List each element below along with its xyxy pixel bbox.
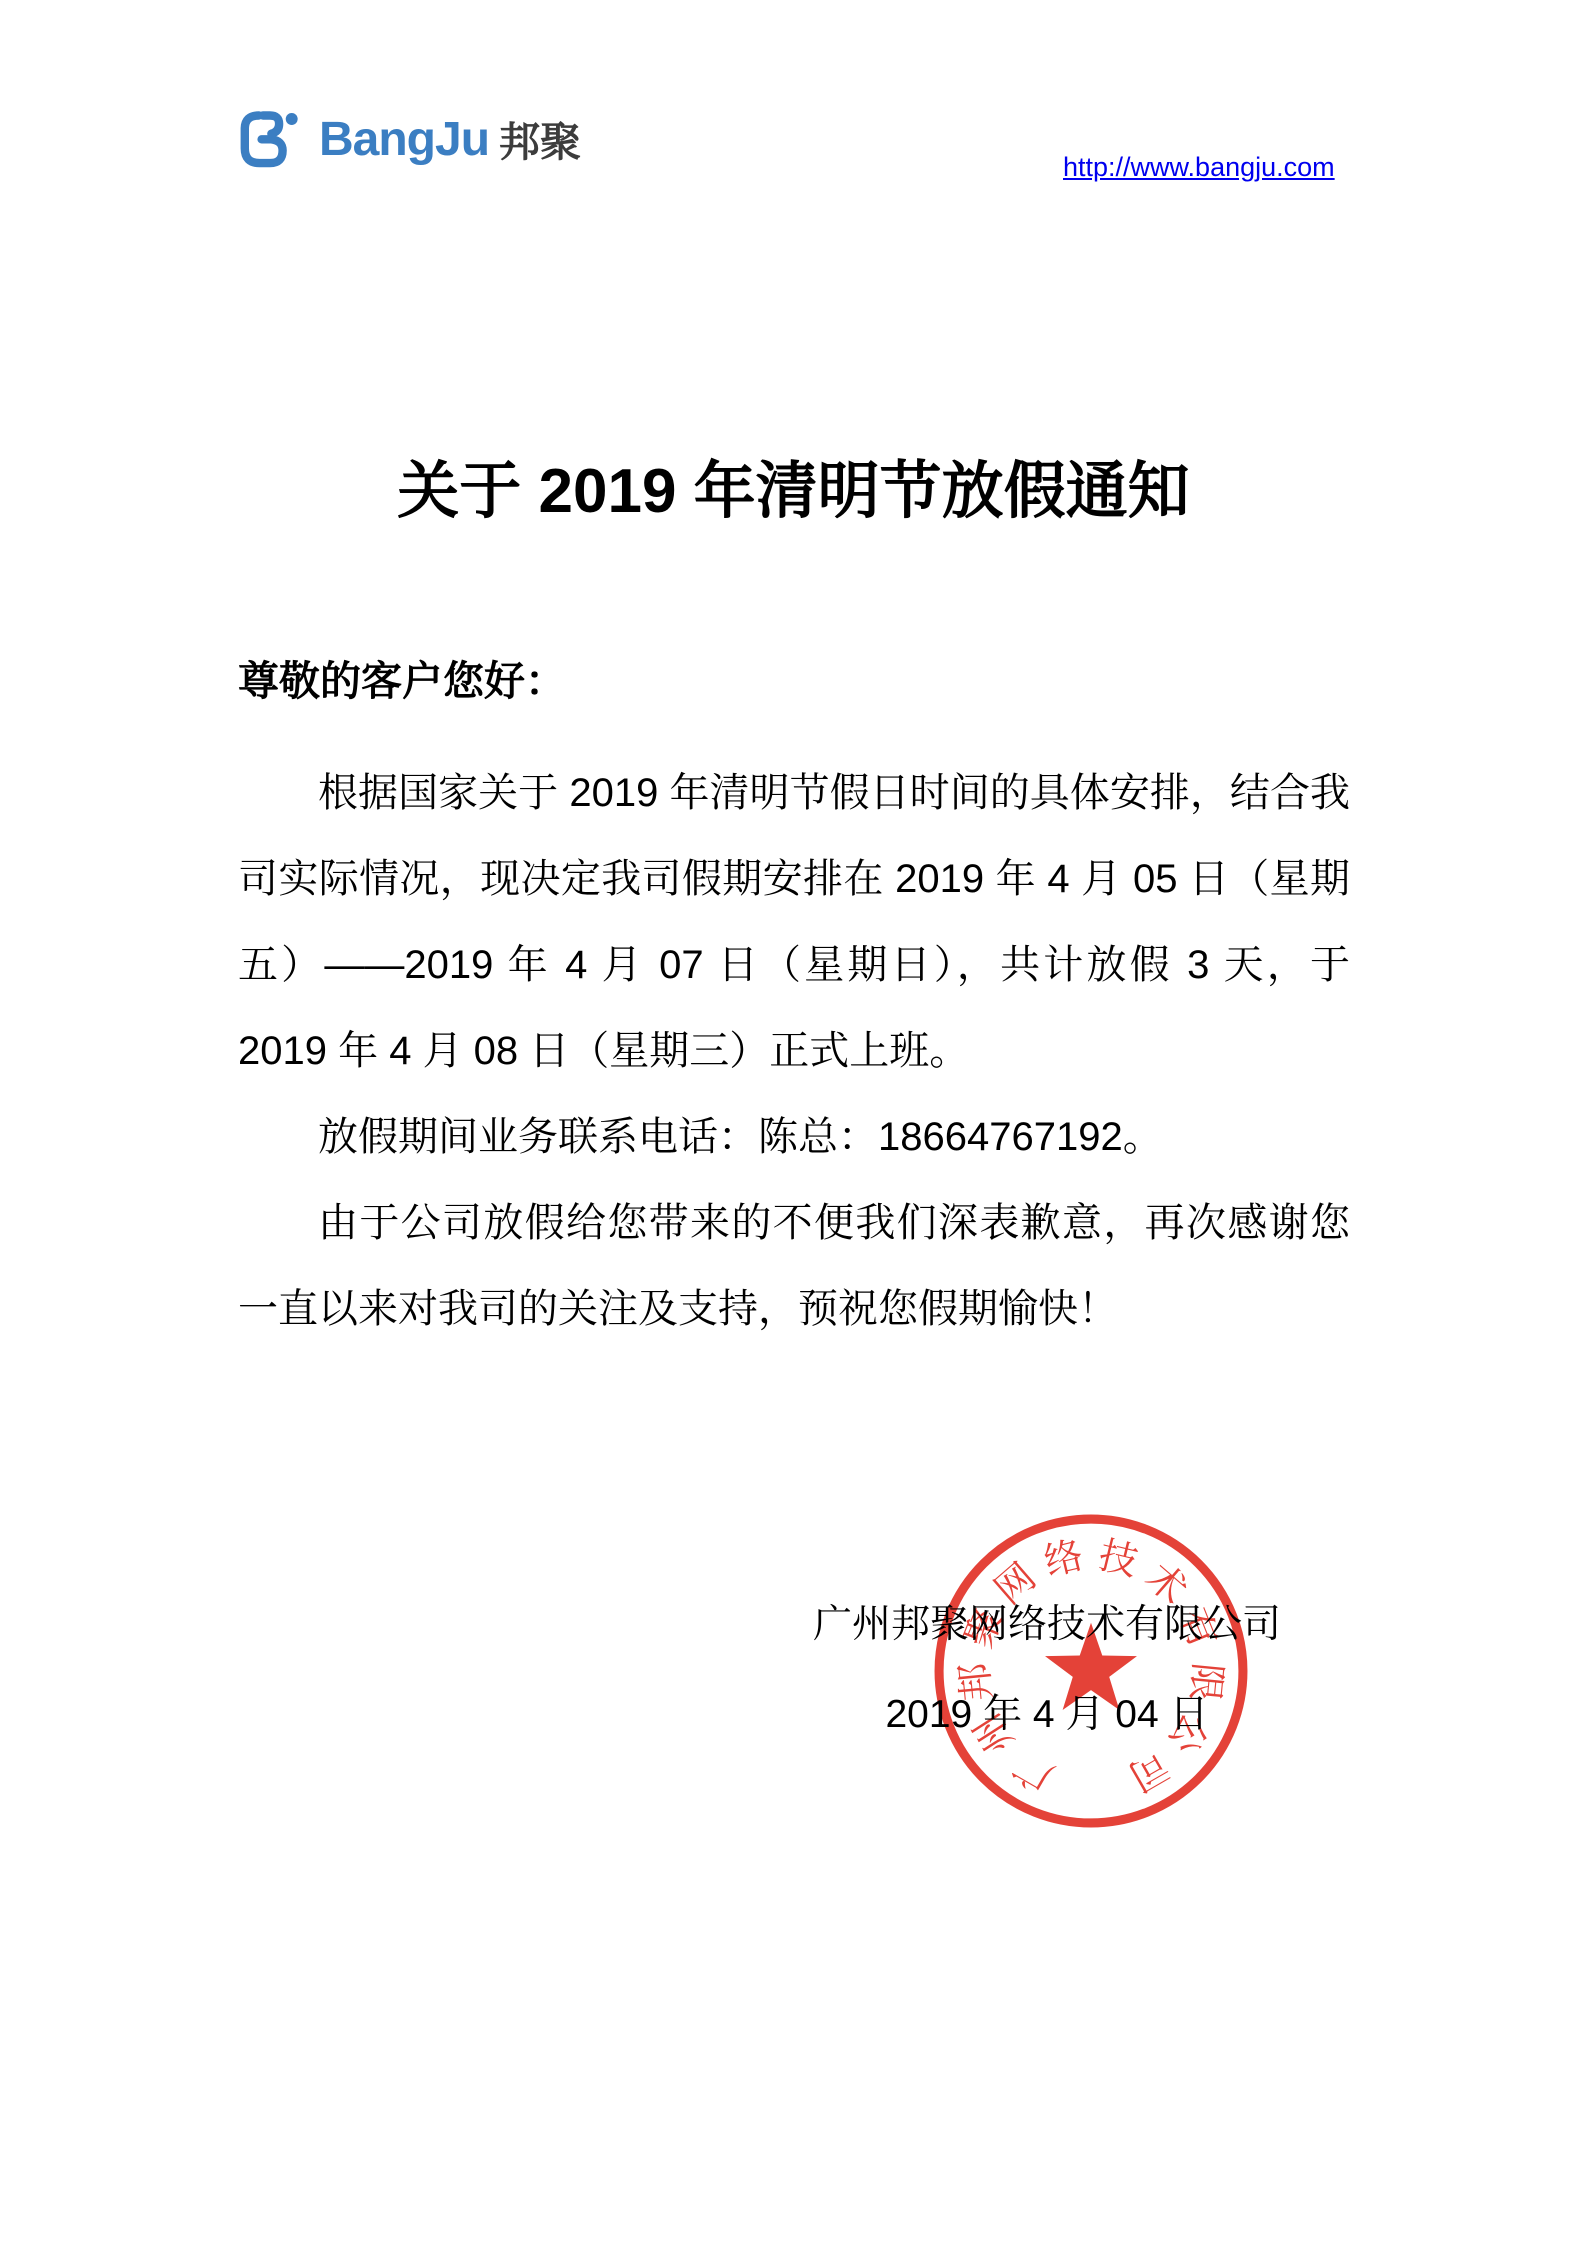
paragraph-holiday-schedule: 根据国家关于 2019 年清明节假日时间的具体安排，结合我司实际情况，现决定我司…	[238, 750, 1350, 1094]
document-title: 关于 2019 年清明节放假通知	[0, 452, 1587, 533]
signature-block: 广州邦聚网络技术有限公司 2019 年 4 月 04 日	[767, 1596, 1327, 1744]
svg-text:技: 技	[1095, 1535, 1142, 1585]
svg-text:络: 络	[1040, 1535, 1087, 1585]
svg-text:广: 广	[1007, 1743, 1061, 1798]
signature-date: 2019 年 4 月 04 日	[767, 1686, 1327, 1744]
greeting-line: 尊敬的客户您好：	[238, 652, 1350, 710]
paragraph-apology: 由于公司放假给您带来的不便我们深表歉意，再次感谢您一直以来对我司的关注及支持，预…	[238, 1180, 1350, 1352]
document-body: 尊敬的客户您好： 根据国家关于 2019 年清明节假日时间的具体安排，结合我司实…	[238, 652, 1350, 1352]
brand-name-latin: BangJu	[319, 116, 489, 164]
bangju-logo-icon	[235, 105, 305, 175]
bangju-logo: BangJu 邦聚	[235, 100, 581, 180]
site-url-link[interactable]: http://www.bangju.com	[1063, 152, 1335, 183]
signature-company: 广州邦聚网络技术有限公司	[767, 1596, 1327, 1654]
svg-text:司: 司	[1121, 1743, 1175, 1798]
brand-name-cjk: 邦聚	[499, 118, 581, 163]
paragraph-contact-phone: 放假期间业务联系电话：陈总：18664767192。	[238, 1094, 1350, 1180]
document-page: BangJu 邦聚 http://www.bangju.com 关于 2019 …	[0, 0, 1587, 2245]
